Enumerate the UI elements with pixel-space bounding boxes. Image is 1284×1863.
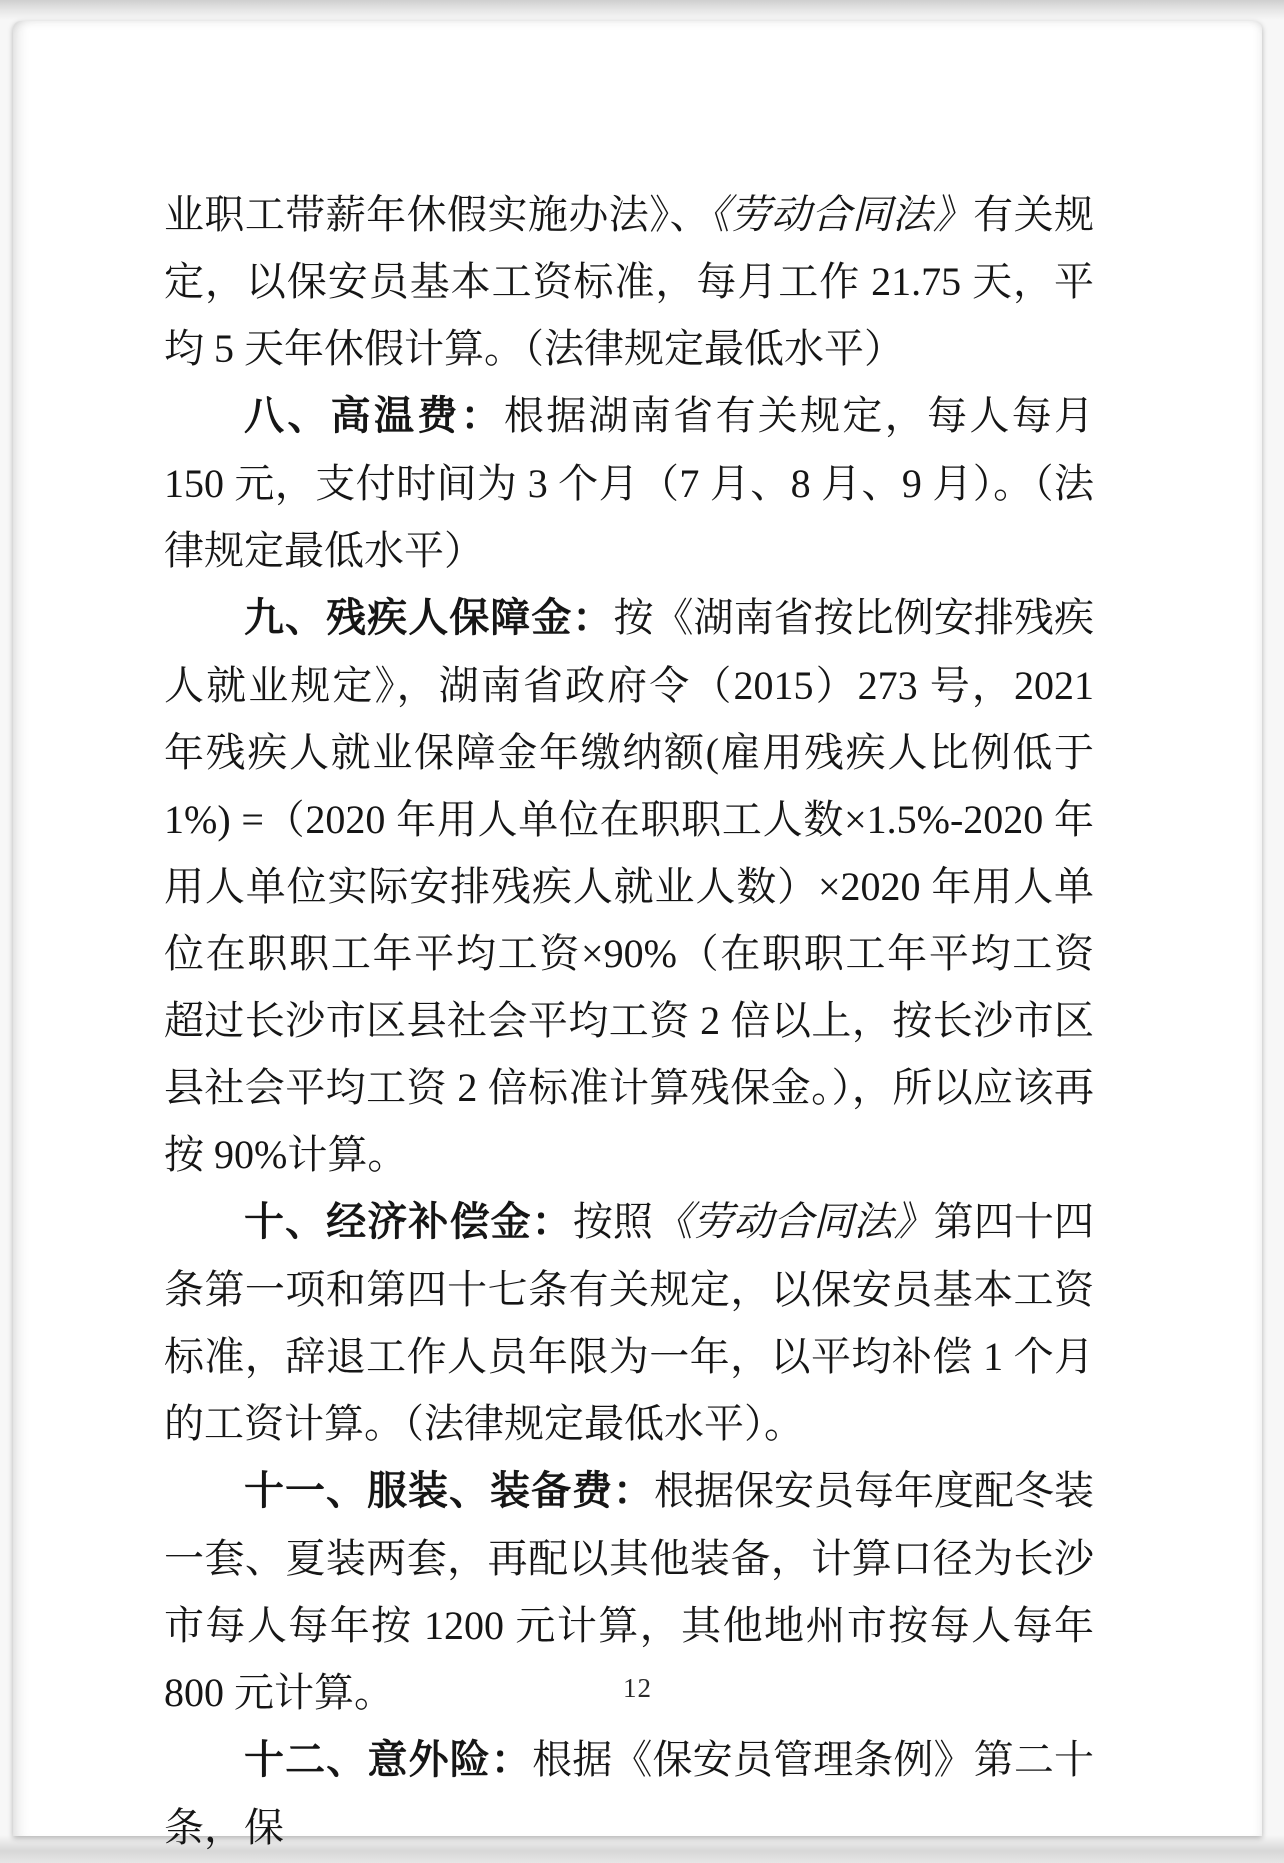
item-label: 十二、意外险：	[244, 1738, 532, 1782]
item-label: 十一、服装、装备费：	[244, 1469, 654, 1513]
document-body-text: 业职工带薪年休假实施办法》、《劳动合同法》有关规定，以保安员基本工资标准，每月工…	[164, 181, 1094, 1861]
paragraph-7-continuation: 业职工带薪年休假实施办法》、《劳动合同法》有关规定，以保安员基本工资标准，每月工…	[164, 181, 1094, 382]
screenshot-root: { "document": { "page_number": "12", "co…	[0, 0, 1284, 1863]
text-run: 按照	[573, 1199, 653, 1244]
text-run: 业职工带薪年休假实施办法》、	[164, 192, 710, 237]
text-run: 按《湖南省按比例安排残疾人就业规定》，湖南省政府令（2015）273 号，202…	[164, 595, 1094, 1177]
paragraph-10-economic-compensation: 十、经济补偿金：按照《劳动合同法》第四十四条第一项和第四十七条有关规定，以保安员…	[164, 1188, 1094, 1457]
item-label: 九、残疾人保障金：	[244, 596, 613, 640]
document-page: 业职工带薪年休假实施办法》、《劳动合同法》有关规定，以保安员基本工资标准，每月工…	[13, 21, 1262, 1836]
text-run: 《劳动合同法》	[710, 192, 973, 237]
paragraph-9-disability-security-fund: 九、残疾人保障金：按《湖南省按比例安排残疾人就业规定》，湖南省政府令（2015）…	[164, 584, 1094, 1188]
text-run: 《劳动合同法》	[653, 1199, 934, 1244]
item-label: 八、高温费：	[244, 394, 504, 438]
paragraph-12-accident-insurance: 十二、意外险：根据《保安员管理条例》第二十条，保	[164, 1726, 1094, 1861]
paragraph-8-high-temperature-fee: 八、高温费：根据湖南省有关规定，每人每月 150 元，支付时间为 3 个月（7 …	[164, 382, 1094, 584]
item-label: 十、经济补偿金：	[244, 1200, 573, 1244]
page-number: 12	[13, 1673, 1262, 1704]
scanned-photo-background: 业职工带薪年休假实施办法》、《劳动合同法》有关规定，以保安员基本工资标准，每月工…	[0, 0, 1284, 1863]
